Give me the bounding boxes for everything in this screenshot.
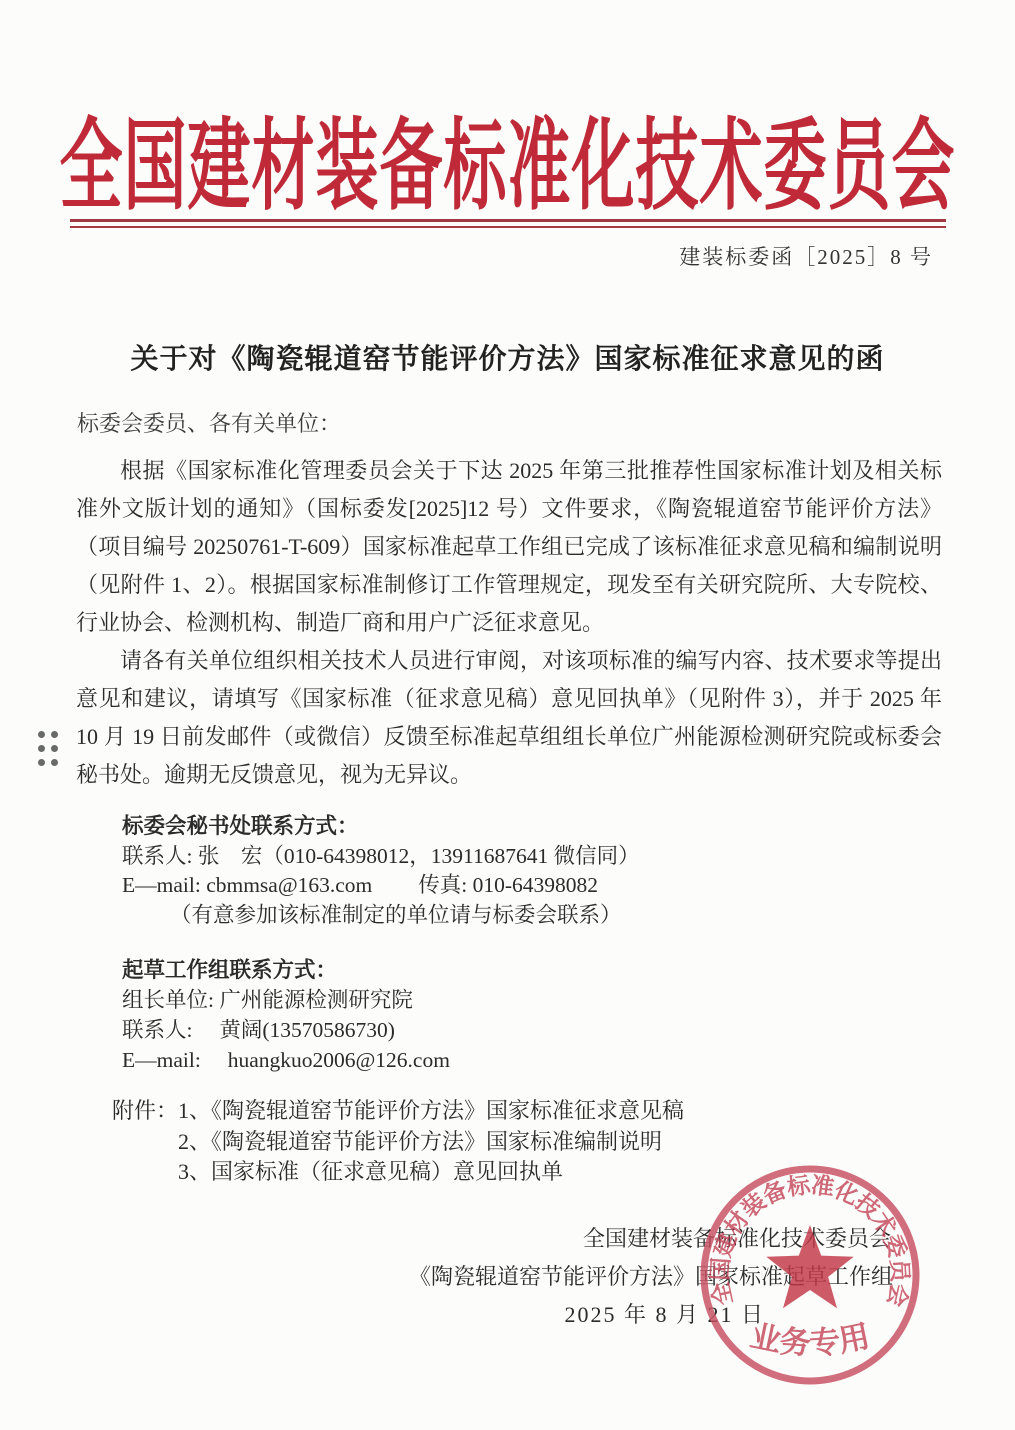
drafting-group-leader-unit: 组长单位: 广州能源检测研究院 bbox=[122, 985, 450, 1015]
secretariat-heading: 标委会秘书处联系方式： bbox=[122, 812, 640, 842]
letterhead-org-name: 全国建材装备标准化技术委员会 bbox=[0, 86, 1015, 230]
binding-dots-mark bbox=[38, 731, 58, 766]
attachments-label: 附件： bbox=[112, 1098, 178, 1123]
secretariat-email: E—mail: cbmmsa@163.com bbox=[122, 873, 372, 897]
body-paragraph-2: 请各有关单位组织相关技术人员进行审阅，对该项标准的编写内容、技术要求等提出意见和… bbox=[76, 642, 942, 794]
secretariat-fax: 传真: 010-64398082 bbox=[418, 873, 598, 897]
signature-date: 2025 年 8 月 21 日 bbox=[564, 1298, 765, 1329]
red-double-rule bbox=[70, 219, 946, 228]
seal-bottom-text: 业务专用 bbox=[747, 1318, 872, 1361]
drafting-group-contact-block: 起草工作组联系方式： 组长单位: 广州能源检测研究院 联系人: 黄阔(13570… bbox=[122, 955, 450, 1075]
document-number: 建装标委函［2025］8 号 bbox=[679, 241, 933, 271]
document-title: 关于对《陶瓷辊道窑节能评价方法》国家标准征求意见的函 bbox=[0, 337, 1015, 377]
secretariat-contact-line: 联系人: 张 宏（010-64398012，13911687641 微信同） bbox=[122, 842, 640, 872]
body-paragraph-1: 根据《国家标准化管理委员会关于下达 2025 年第三批推荐性国家标准计划及相关标… bbox=[76, 452, 942, 642]
signature-org: 全国建材装备标准化技术委员会 bbox=[583, 1222, 891, 1253]
drafting-group-contact-line: 联系人: 黄阔(13570586730) bbox=[122, 1015, 450, 1045]
signature-group: 《陶瓷辊道窑节能评价方法》国家标准起草工作组 bbox=[409, 1260, 893, 1291]
secretariat-email-line: E—mail: cbmmsa@163.com传真: 010-64398082 bbox=[122, 871, 640, 901]
official-letter-page: 全国建材装备标准化技术委员会 建装标委函［2025］8 号 关于对《陶瓷辊道窑节… bbox=[0, 0, 1015, 1430]
secretariat-contact-block: 标委会秘书处联系方式： 联系人: 张 宏（010-64398012，139116… bbox=[122, 812, 640, 930]
salutation: 标委会委员、各有关单位： bbox=[77, 407, 341, 438]
secretariat-note: （有意参加该标准制定的单位请与标委会联系） bbox=[122, 901, 640, 931]
drafting-group-email-line: E—mail: huangkuo2006@126.com bbox=[122, 1045, 450, 1075]
attachment-item-3: 3、国家标准（征求意见稿）意见回执单 bbox=[112, 1157, 684, 1188]
letter-body: 根据《国家标准化管理委员会关于下达 2025 年第三批推荐性国家标准计划及相关标… bbox=[76, 452, 942, 794]
attachment-item-2: 2、《陶瓷辊道窑节能评价方法》国家标准编制说明 bbox=[112, 1127, 684, 1158]
attachment-item-1: 1、《陶瓷辊道窑节能评价方法》国家标准征求意见稿 bbox=[178, 1098, 684, 1123]
svg-text:业务专用: 业务专用 bbox=[747, 1318, 872, 1361]
attachments-list: 附件：1、《陶瓷辊道窑节能评价方法》国家标准征求意见稿 2、《陶瓷辊道窑节能评价… bbox=[112, 1096, 684, 1188]
attachment-item-1-line: 附件：1、《陶瓷辊道窑节能评价方法》国家标准征求意见稿 bbox=[112, 1096, 684, 1127]
drafting-group-heading: 起草工作组联系方式： bbox=[122, 955, 450, 985]
